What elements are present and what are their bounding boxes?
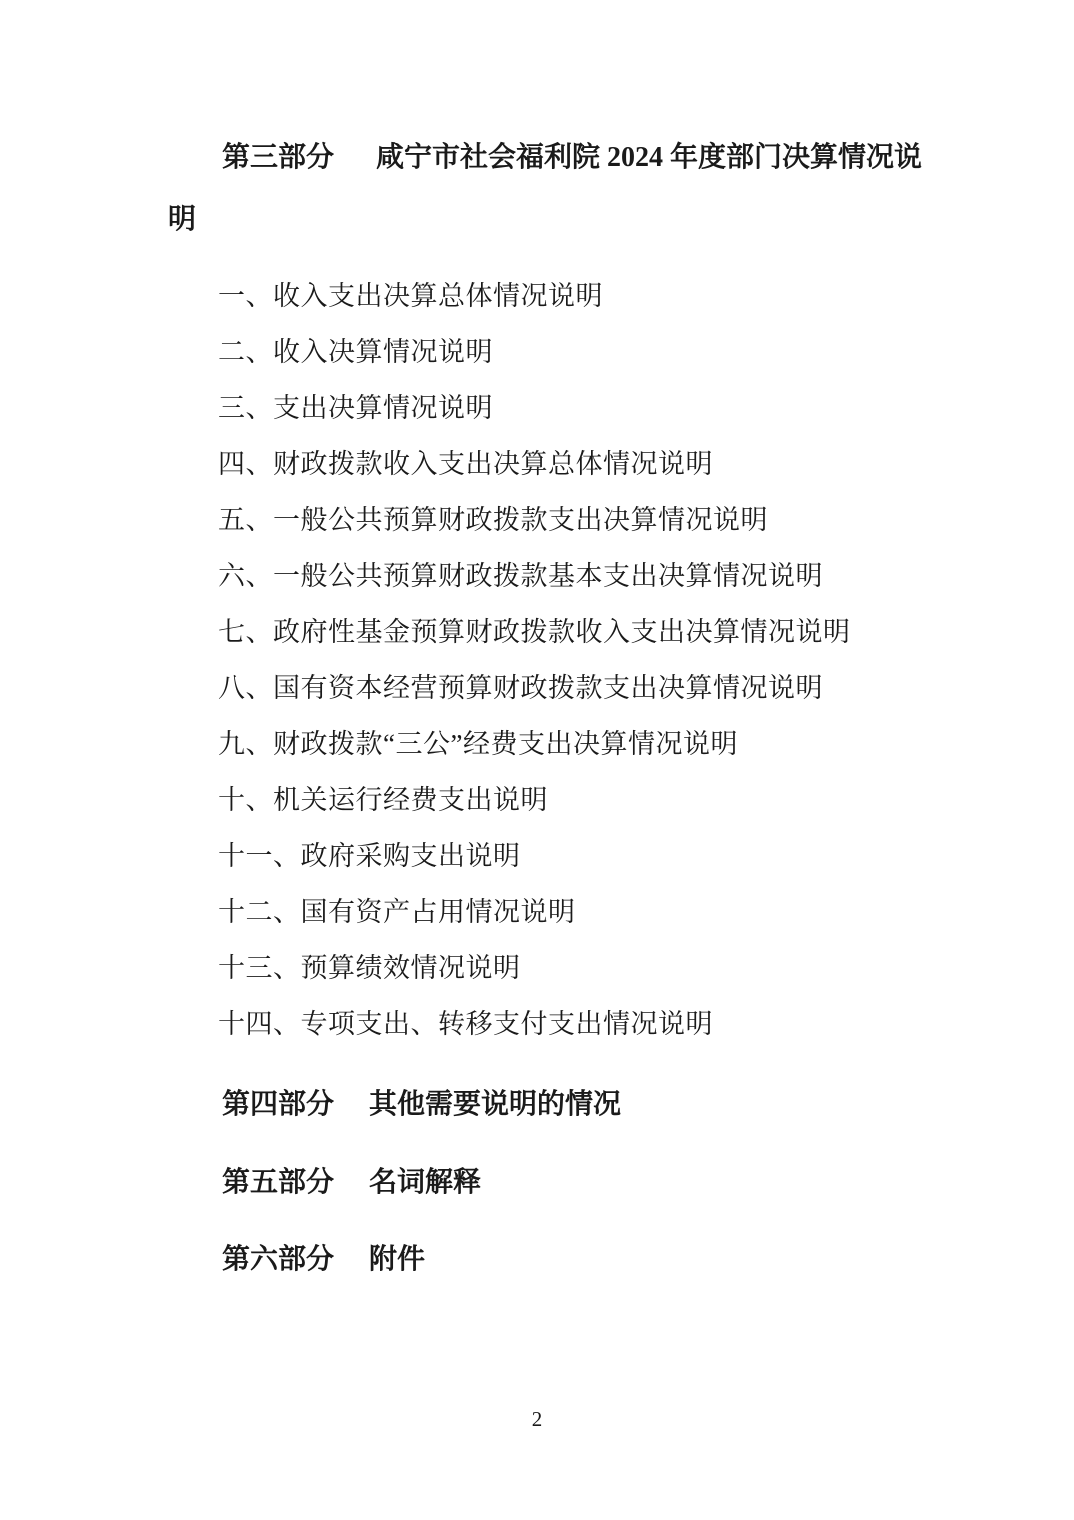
part4-heading: 第四部分 其他需要说明的情况 [222,1090,621,1120]
toc-item-13: 十三、预算绩效情况说明 [218,955,954,982]
part5-heading: 第五部分 名词解释 [222,1168,481,1198]
part4-heading-title: 其他需要说明的情况 [369,1090,621,1120]
part3-heading-title: 咸宁市社会福利院 2024 年度部门决算情况说 [376,141,922,175]
toc-item-12: 十二、国有资产占用情况说明 [218,899,954,926]
toc-item-6: 六、一般公共预算财政拨款基本支出决算情况说明 [218,563,954,590]
toc-list: 一、收入支出决算总体情况说明 二、收入决算情况说明 三、支出决算情况说明 四、财… [218,283,954,1067]
toc-item-7: 七、政府性基金预算财政拨款收入支出决算情况说明 [218,619,954,646]
toc-item-3: 三、支出决算情况说明 [218,395,954,422]
part3-heading-line2: 明 [168,203,196,237]
part6-heading-label: 第六部分 [222,1245,334,1275]
toc-item-9: 九、财政拨款“三公”经费支出决算情况说明 [218,731,954,758]
toc-item-8: 八、国有资本经营预算财政拨款支出决算情况说明 [218,675,954,702]
toc-item-1: 一、收入支出决算总体情况说明 [218,283,954,310]
toc-item-2: 二、收入决算情况说明 [218,339,954,366]
toc-item-5: 五、一般公共预算财政拨款支出决算情况说明 [218,507,954,534]
toc-item-14: 十四、专项支出、转移支付支出情况说明 [218,1011,954,1038]
part6-heading-title: 附件 [369,1245,425,1275]
toc-item-10: 十、机关运行经费支出说明 [218,787,954,814]
part6-heading: 第六部分 附件 [222,1245,425,1275]
part3-heading-line1: 第三部分 咸宁市社会福利院 2024 年度部门决算情况说 [222,141,922,175]
part4-heading-label: 第四部分 [222,1090,334,1120]
toc-item-11: 十一、政府采购支出说明 [218,843,954,870]
document-page: 第三部分 咸宁市社会福利院 2024 年度部门决算情况说 明 一、收入支出决算总… [0,0,1074,1520]
part5-heading-label: 第五部分 [222,1168,334,1198]
page-number: 2 [0,1406,1074,1432]
part3-heading-label: 第三部分 [222,141,334,175]
part5-heading-title: 名词解释 [369,1168,481,1198]
toc-item-4: 四、财政拨款收入支出决算总体情况说明 [218,451,954,478]
